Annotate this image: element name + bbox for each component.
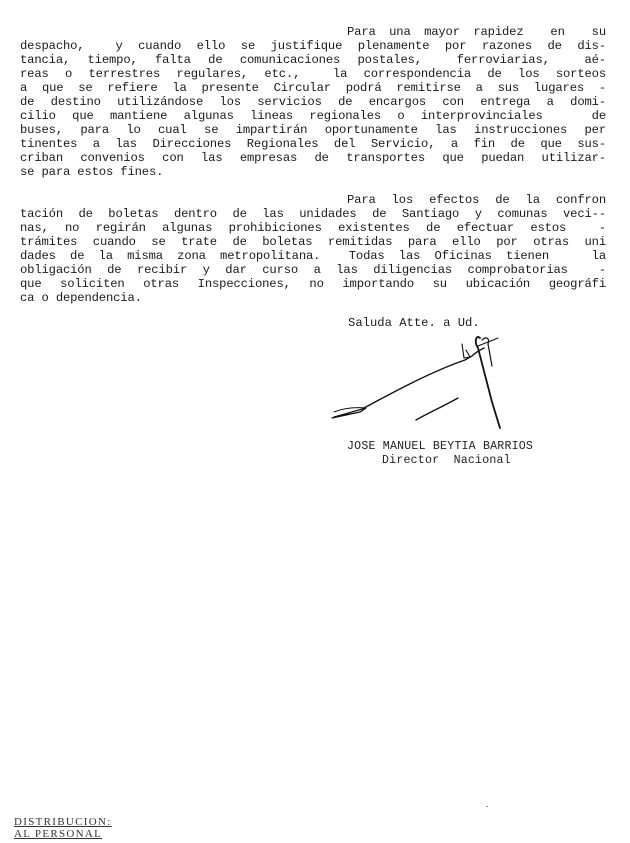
closing-salutation: Saluda Atte. a Ud.: [348, 316, 480, 330]
paragraph-1-line: cilio que mantiene algunas lineas region…: [20, 109, 606, 123]
paragraph-1-line: tinentes a las Direcciones Regionales de…: [20, 137, 606, 151]
paragraph-2-line: trámites cuando se trate de boletas remi…: [20, 235, 606, 249]
paragraph-1-line: buses, para lo cual se impartirán oportu…: [20, 123, 606, 137]
paragraph-1-line: despacho, y cuando ello se justifique pl…: [20, 39, 606, 53]
paragraph-2-line: nas, no regirán algunas prohibiciones ex…: [20, 221, 606, 235]
paragraph-2-line: ca o dependencia.: [20, 291, 606, 305]
paragraph-1-line: reas o terrestres regulares, etc., la co…: [20, 67, 606, 81]
paragraph-2-line: obligación de recibir y dar curso a las …: [20, 263, 606, 277]
handwritten-signature: [320, 330, 540, 430]
paragraph-1-line: criban convenios con las empresas de tra…: [20, 151, 606, 165]
signatory-title: Director Nacional: [382, 454, 511, 467]
paragraph-2-line: que soliciten otras Inspecciones, no imp…: [20, 277, 606, 291]
paragraph-2-line: tación de boletas dentro de las unidades…: [20, 207, 606, 221]
distribution-recipient: AL PERSONAL: [14, 828, 102, 840]
paragraph-1-line: se para estos fines.: [20, 165, 606, 179]
paragraph-1-line: a que se refiere la presente Circular po…: [20, 81, 606, 95]
signatory-name: JOSE MANUEL BEYTIA BARRIOS: [347, 440, 533, 453]
scan-speck: [486, 806, 488, 807]
paragraph-2-line: Para los efectos de la confron: [347, 193, 606, 207]
paragraph-1-line: tancia, tiempo, falta de comunicaciones …: [20, 53, 606, 67]
paragraph-2-line: dades de la misma zona metropolitana. To…: [20, 249, 606, 263]
paragraph-1-line: de destino utilizándose los servicios de…: [20, 95, 606, 109]
paragraph-1-line: Para una mayor rapidez en su: [347, 25, 606, 39]
distribution-heading: DISTRIBUCION:: [14, 816, 112, 828]
